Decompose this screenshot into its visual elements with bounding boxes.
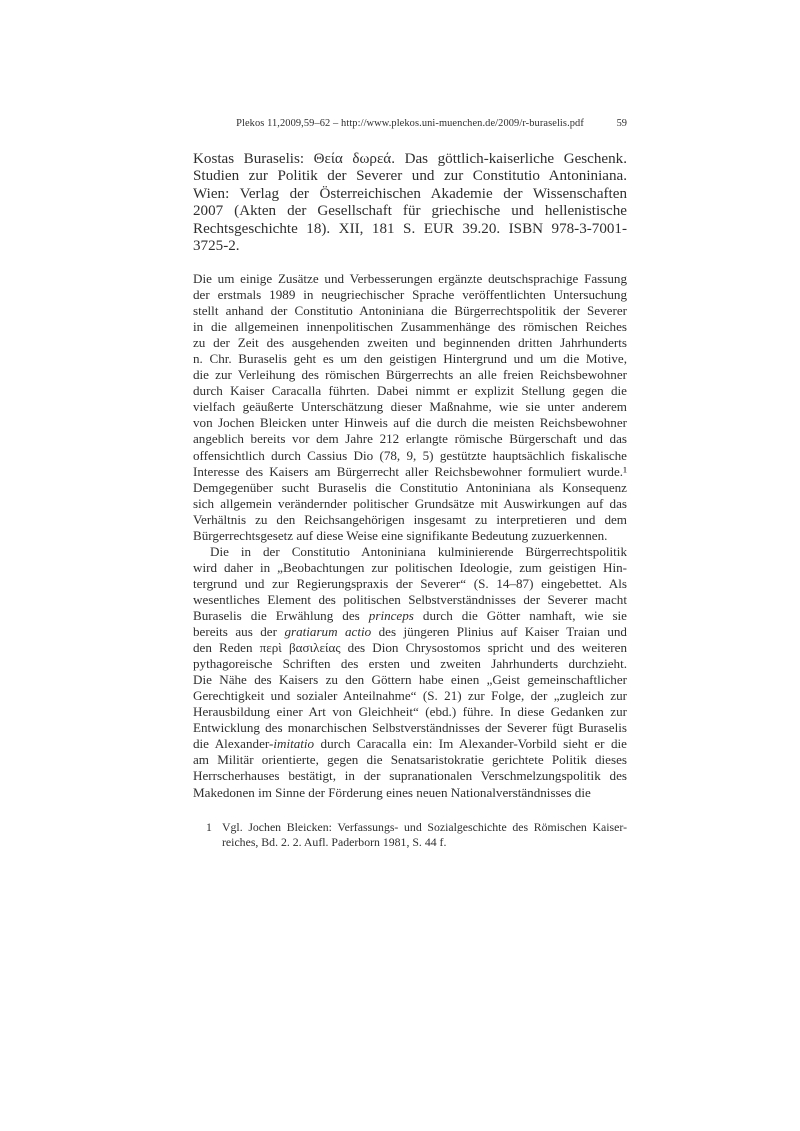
text-line: durch Kaiser Caracalla führten. Dabei ni… — [193, 383, 627, 399]
text-line: Studien zur Politik der Severer und zur … — [193, 168, 627, 185]
text-line: wesentliches Element des politischen Sel… — [193, 592, 627, 608]
text-line: Die in der Constitutio Antoniniana kulmi… — [193, 544, 627, 560]
review-body: Die um einige Zusätze und Verbesserungen… — [193, 271, 627, 801]
text-line: Entwicklung des monarchischen Selbstvers… — [193, 720, 627, 736]
text-line: Demgegenüber sucht Buraselis die Constit… — [193, 480, 627, 496]
text-line: am Militär orientierte, gegen die Senats… — [193, 752, 627, 768]
review-bibliographic-title: Kostas Buraselis: Θεία δωρεά. Das göttli… — [193, 151, 627, 255]
text-line: die zur Verleihung des römischen Bürgerr… — [193, 367, 627, 383]
text-line: Herrscherhauses bestätigt, in der supran… — [193, 768, 627, 784]
footnote-text: Vgl. Jochen Bleicken: Verfassungs- und S… — [222, 820, 627, 850]
text-line: Vgl. Jochen Bleicken: Verfassungs- und S… — [222, 820, 627, 835]
text-line: der erstmals 1989 in neugriechischer Spr… — [193, 287, 627, 303]
paragraph-1: Die um einige Zusätze und Verbesserungen… — [193, 271, 627, 544]
paragraph-2: Die in der Constitutio Antoniniana kulmi… — [193, 544, 627, 801]
text-line: reiches, Bd. 2. 2. Aufl. Paderborn 1981,… — [222, 835, 627, 850]
text-line: Die Nähe des Kaisers zu den Göttern habe… — [193, 672, 627, 688]
text-line: Wien: Verlag der Österreichischen Akadem… — [193, 186, 627, 203]
text-line: n. Chr. Buraselis geht es um den geistig… — [193, 351, 627, 367]
text-line: stellt anhand der Constitutio Antoninian… — [193, 303, 627, 319]
running-head: Plekos 11,2009,59–62 – http://www.plekos… — [193, 117, 627, 130]
text-line: Herausbildung einer Art von Gleichheit“ … — [193, 704, 627, 720]
page-header: Plekos 11,2009,59–62 – http://www.plekos… — [193, 117, 627, 130]
text-line: in die allgemeinen innenpolitischen Zusa… — [193, 319, 627, 335]
text-line: Kostas Buraselis: Θεία δωρεά. Das göttli… — [193, 151, 627, 168]
text-line: zu der Zeit des ausgehenden zweiten und … — [193, 335, 627, 351]
text-line: Rechtsgeschichte 18). XII, 181 S. EUR 39… — [193, 221, 627, 238]
text-line: vielfach geäußerte Unterschätzung dieser… — [193, 399, 627, 415]
text-line: Interesse des Kaisers am Bürgerrecht all… — [193, 464, 627, 480]
page-number: 59 — [617, 117, 627, 130]
text-line: 2007 (Akten der Gesellschaft für griechi… — [193, 203, 627, 220]
text-line: tergrund und zur Regierungspraxis der Se… — [193, 576, 627, 592]
text-line: den Reden περὶ βασιλείας des Dion Chryso… — [193, 640, 627, 656]
text-line: Verhältnis zu den Reichsangehörigen insg… — [193, 512, 627, 528]
text-line: sich allgemein verändernder politischer … — [193, 496, 627, 512]
text-line: Gerechtigkeit und sozialer Anteilnahme“ … — [193, 688, 627, 704]
text-line: Buraselis die Erwählung des princeps dur… — [193, 608, 627, 624]
text-line: offensichtlich durch Cassius Dio (78, 9,… — [193, 448, 627, 464]
text-line: pythagoreische Schriften des ersten und … — [193, 656, 627, 672]
document-page: Plekos 11,2009,59–62 – http://www.plekos… — [0, 0, 800, 1131]
text-line: angeblich bereits vor dem Jahre 212 erla… — [193, 431, 627, 447]
text-line: bereits aus der gratiarum actio des jüng… — [193, 624, 627, 640]
text-line: wird daher in „Beobachtungen zur politis… — [193, 560, 627, 576]
footnote: 1 Vgl. Jochen Bleicken: Verfassungs- und… — [193, 820, 627, 850]
footnote-number: 1 — [206, 820, 212, 835]
text-line: Bürgerrechtsgesetz auf diese Weise eine … — [193, 528, 627, 544]
text-line: die Alexander-imitatio durch Caracalla e… — [193, 736, 627, 752]
text-line: 3725-2. — [193, 238, 627, 255]
text-line: von Jochen Bleicken unter Hinweis auf di… — [193, 415, 627, 431]
text-line: Makedonen im Sinne der Förderung eines n… — [193, 785, 627, 801]
text-line: Die um einige Zusätze und Verbesserungen… — [193, 271, 627, 287]
